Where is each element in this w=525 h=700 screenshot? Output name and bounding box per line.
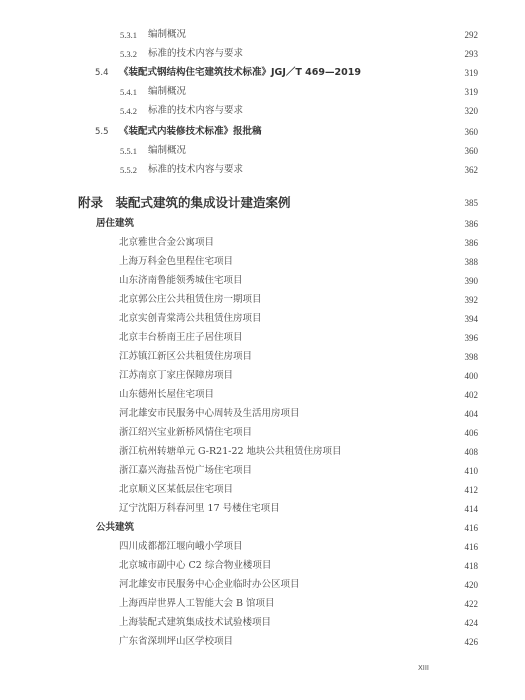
- appendix-title: 附录 装配式建筑的集成设计建造案例: [78, 194, 291, 212]
- entry-number: 5.5.2: [120, 161, 137, 179]
- item-page: 418: [465, 557, 479, 575]
- item-page: 404: [465, 405, 479, 423]
- item-page: 392: [465, 291, 479, 309]
- entry-page: 319: [465, 83, 479, 101]
- toc-item: 上海西岸世界人工智能大会 B 馆项目422: [0, 595, 525, 613]
- item-page: 386: [465, 234, 479, 252]
- toc-appendix: 附录 装配式建筑的集成设计建造案例 385: [0, 194, 525, 212]
- item-title: 辽宁沈阳万科春河里 17 号楼住宅项目: [119, 500, 280, 518]
- entry-page: 362: [465, 161, 479, 179]
- toc-item: 辽宁沈阳万科春河里 17 号楼住宅项目414: [0, 500, 525, 518]
- section-page: 360: [465, 123, 479, 141]
- group-page: 416: [465, 519, 479, 537]
- toc-item: 浙江杭州转塘单元 G-R21-22 地块公共租赁住房项目408: [0, 443, 525, 461]
- toc-section: 5.5 《装配式内装修技术标准》报批稿 360: [0, 123, 525, 141]
- toc-item: 北京顺义区某低层住宅项目412: [0, 481, 525, 499]
- item-page: 402: [465, 386, 479, 404]
- toc-page: 5.3.1 编制概况 292 5.3.2 标准的技术内容与要求 293 5.4 …: [0, 0, 525, 700]
- item-page: 408: [465, 443, 479, 461]
- item-title: 江苏镇江新区公共租赁住房项目: [119, 348, 252, 366]
- item-title: 山东德州长屋住宅项目: [119, 386, 214, 404]
- item-title: 浙江绍兴宝业新桥风情住宅项目: [119, 424, 252, 442]
- group-page: 386: [465, 215, 479, 233]
- item-page: 400: [465, 367, 479, 385]
- toc-item: 河北雄安市民服务中心周转及生活用房项目404: [0, 405, 525, 423]
- toc-group-public: 公共建筑 416: [0, 519, 525, 537]
- entry-title: 编制概况: [148, 83, 186, 101]
- entry-title: 标准的技术内容与要求: [148, 45, 243, 63]
- item-page: 388: [465, 253, 479, 271]
- toc-item: 山东德州长屋住宅项目402: [0, 386, 525, 404]
- item-title: 北京郭公庄公共租赁住房一期项目: [119, 291, 262, 309]
- item-title: 上海西岸世界人工智能大会 B 馆项目: [119, 595, 275, 613]
- toc-group-residential: 居住建筑 386: [0, 215, 525, 233]
- toc-item: 四川成都都江堰向峨小学项目416: [0, 538, 525, 556]
- toc-entry: 5.3.2 标准的技术内容与要求 293: [0, 45, 525, 63]
- toc-entry: 5.5.1 编制概况 360: [0, 142, 525, 160]
- item-page: 426: [465, 633, 479, 651]
- item-page: 420: [465, 576, 479, 594]
- page-number-footer: XIII: [418, 664, 429, 672]
- toc-item: 广东省深圳坪山区学校项目426: [0, 633, 525, 651]
- toc-item: 上海装配式建筑集成技术试验楼项目424: [0, 614, 525, 632]
- item-page: 410: [465, 462, 479, 480]
- toc-item: 江苏镇江新区公共租赁住房项目398: [0, 348, 525, 366]
- group-title: 居住建筑: [96, 215, 134, 233]
- item-title: 北京顺义区某低层住宅项目: [119, 481, 233, 499]
- toc-item: 浙江嘉兴海盐吾悦广场住宅项目410: [0, 462, 525, 480]
- item-title: 浙江嘉兴海盐吾悦广场住宅项目: [119, 462, 252, 480]
- entry-number: 5.3.2: [120, 45, 137, 63]
- toc-item: 山东济南鲁能领秀城住宅项目390: [0, 272, 525, 290]
- item-title: 上海万科金色里程住宅项目: [119, 253, 233, 271]
- entry-number: 5.4.2: [120, 102, 137, 120]
- toc-item: 浙江绍兴宝业新桥风情住宅项目406: [0, 424, 525, 442]
- section-title: 《装配式钢结构住宅建筑技术标准》JGJ／T 469—2019: [119, 64, 361, 82]
- item-page: 406: [465, 424, 479, 442]
- group-title: 公共建筑: [96, 519, 134, 537]
- toc-item: 上海万科金色里程住宅项目388: [0, 253, 525, 271]
- item-title: 上海装配式建筑集成技术试验楼项目: [119, 614, 271, 632]
- section-title: 《装配式内装修技术标准》报批稿: [119, 123, 262, 141]
- item-title: 山东济南鲁能领秀城住宅项目: [119, 272, 243, 290]
- entry-title: 标准的技术内容与要求: [148, 161, 243, 179]
- item-page: 412: [465, 481, 479, 499]
- appendix-page: 385: [465, 194, 479, 212]
- item-page: 416: [465, 538, 479, 556]
- toc-section: 5.4 《装配式钢结构住宅建筑技术标准》JGJ／T 469—2019 319: [0, 64, 525, 82]
- section-number: 5.5: [95, 123, 109, 141]
- item-page: 390: [465, 272, 479, 290]
- toc-item: 北京郭公庄公共租赁住房一期项目392: [0, 291, 525, 309]
- toc-item: 北京实创青棠湾公共租赁住房项目394: [0, 310, 525, 328]
- section-page: 319: [465, 64, 479, 82]
- item-page: 396: [465, 329, 479, 347]
- item-title: 浙江杭州转塘单元 G-R21-22 地块公共租赁住房项目: [119, 443, 342, 461]
- item-page: 414: [465, 500, 479, 518]
- toc-item: 河北雄安市民服务中心企业临时办公区项目420: [0, 576, 525, 594]
- item-title: 北京实创青棠湾公共租赁住房项目: [119, 310, 262, 328]
- section-number: 5.4: [95, 64, 109, 82]
- entry-title: 编制概况: [148, 26, 186, 44]
- entry-page: 293: [465, 45, 479, 63]
- entry-number: 5.4.1: [120, 83, 137, 101]
- item-title: 河北雄安市民服务中心企业临时办公区项目: [119, 576, 300, 594]
- item-title: 北京雅世合金公寓项目: [119, 234, 214, 252]
- toc-item: 北京丰台桥南王庄子居住项目396: [0, 329, 525, 347]
- item-page: 398: [465, 348, 479, 366]
- item-title: 北京丰台桥南王庄子居住项目: [119, 329, 243, 347]
- toc-entry: 5.4.2 标准的技术内容与要求 320: [0, 102, 525, 120]
- item-title: 江苏南京丁家庄保障房项目: [119, 367, 233, 385]
- item-page: 394: [465, 310, 479, 328]
- item-title: 四川成都都江堰向峨小学项目: [119, 538, 243, 556]
- item-title: 广东省深圳坪山区学校项目: [119, 633, 233, 651]
- item-title: 北京城市副中心 C2 综合物业楼项目: [119, 557, 271, 575]
- entry-number: 5.3.1: [120, 26, 137, 44]
- toc-item: 北京雅世合金公寓项目386: [0, 234, 525, 252]
- entry-page: 292: [465, 26, 479, 44]
- entry-number: 5.5.1: [120, 142, 137, 160]
- toc-item: 江苏南京丁家庄保障房项目400: [0, 367, 525, 385]
- entry-title: 编制概况: [148, 142, 186, 160]
- item-page: 422: [465, 595, 479, 613]
- entry-title: 标准的技术内容与要求: [148, 102, 243, 120]
- entry-page: 360: [465, 142, 479, 160]
- toc-entry: 5.5.2 标准的技术内容与要求 362: [0, 161, 525, 179]
- entry-page: 320: [465, 102, 479, 120]
- toc-entry: 5.3.1 编制概况 292: [0, 26, 525, 44]
- toc-entry: 5.4.1 编制概况 319: [0, 83, 525, 101]
- toc-item: 北京城市副中心 C2 综合物业楼项目418: [0, 557, 525, 575]
- item-page: 424: [465, 614, 479, 632]
- item-title: 河北雄安市民服务中心周转及生活用房项目: [119, 405, 300, 423]
